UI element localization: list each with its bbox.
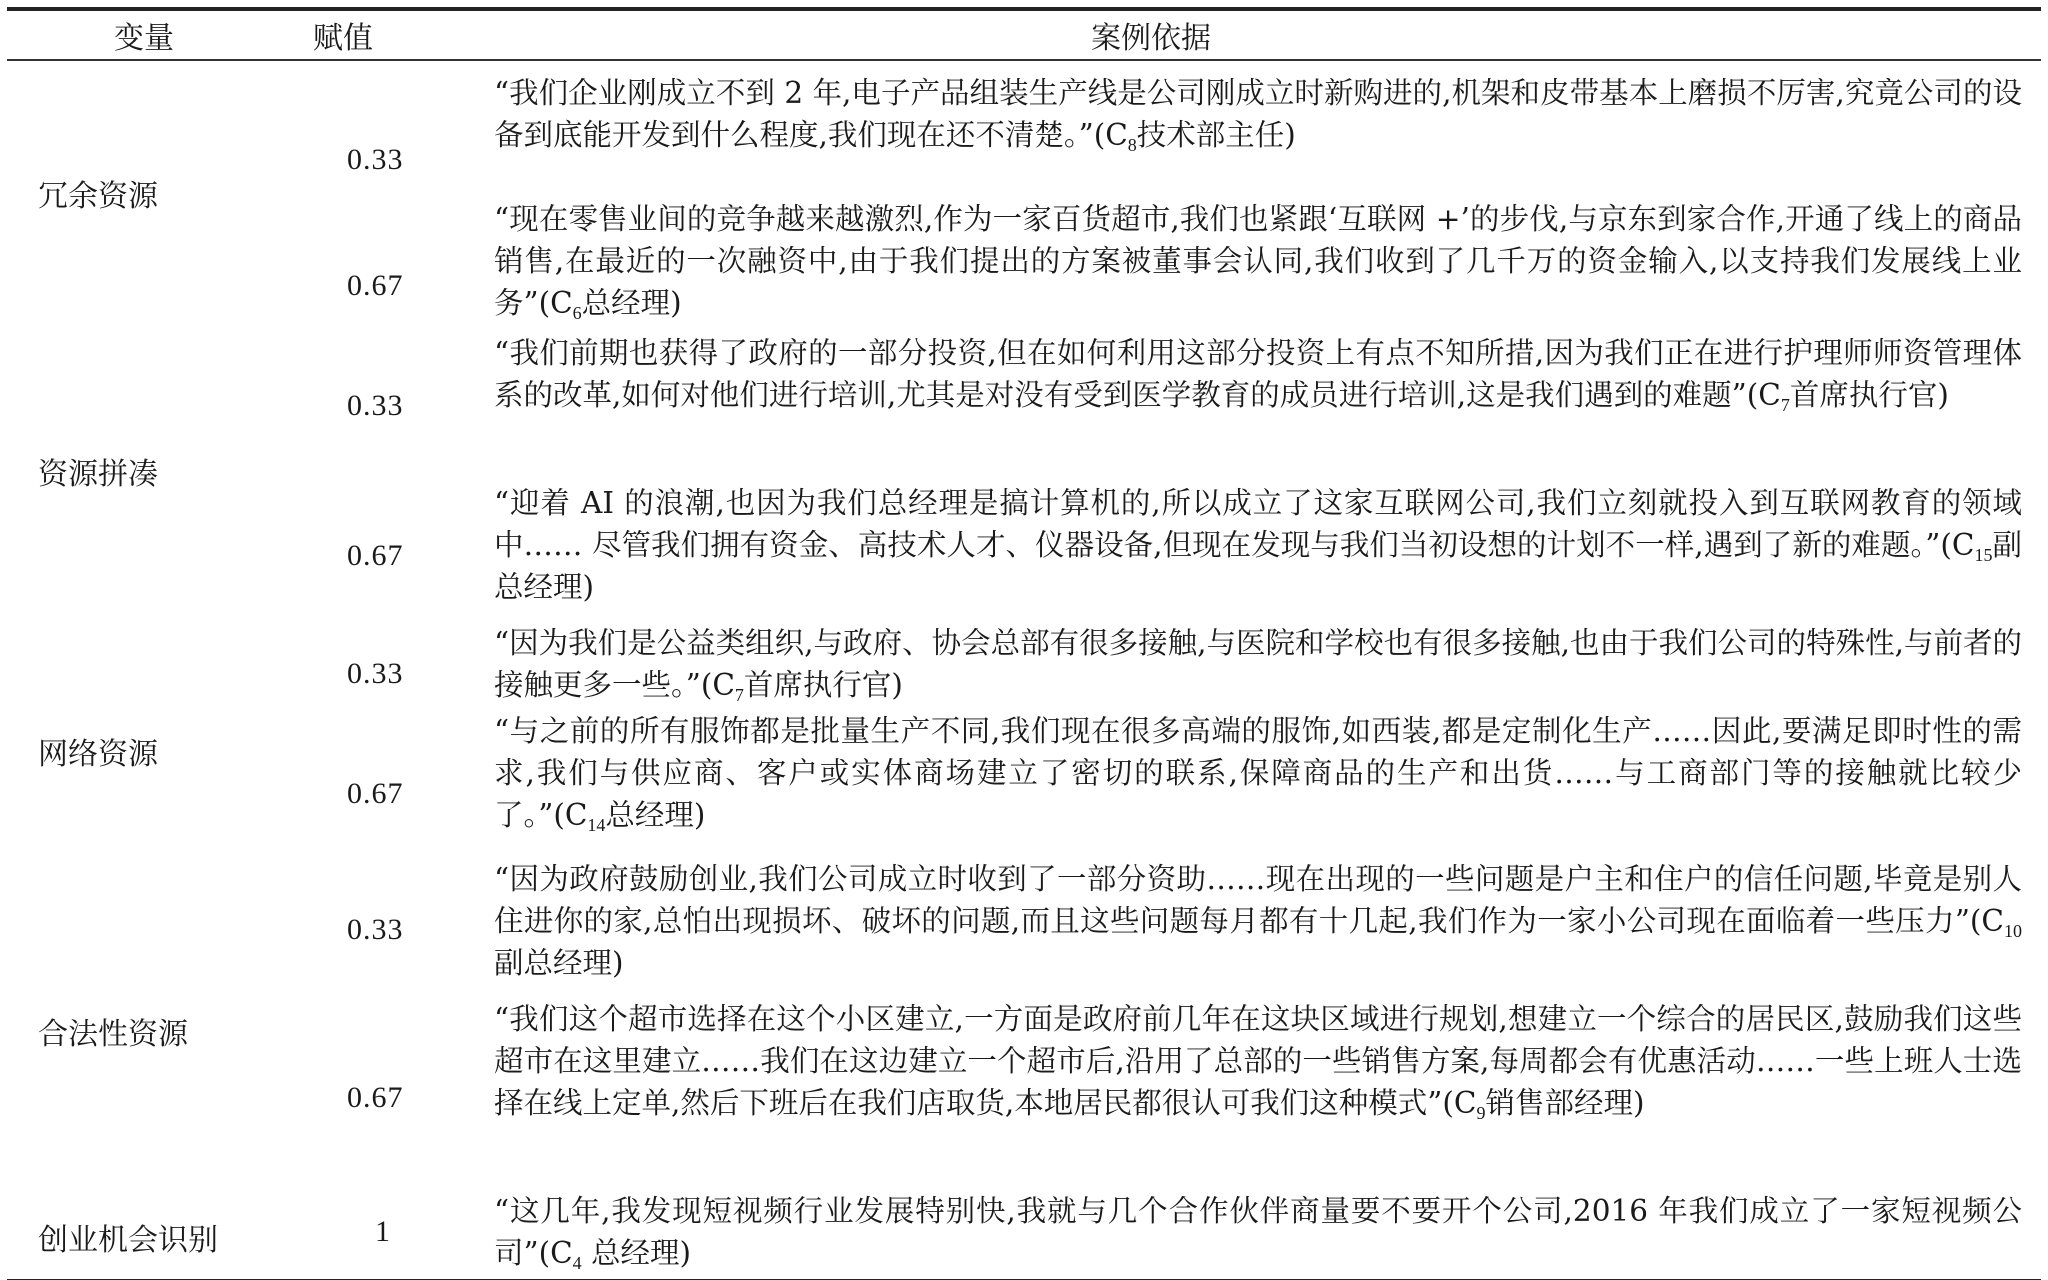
evidence-cell: “因为我们是公益类组织,与政府、协会总部有很多接触,与医院和学校也有很多接触,也… — [494, 619, 2022, 709]
evidence-quote: “因为政府鼓励创业,我们公司成立时收到了一部分资助……现在出现的一些问题是户主和… — [494, 855, 2022, 987]
evidence-cell: “现在零售业间的竞争越来越激烈,作为一家百货超市,我们也紧跟‘互联网 +’的步伐… — [494, 195, 2022, 327]
table-header-row: 变量 赋值 案例依据 — [7, 11, 2041, 59]
value-cell: 1 — [375, 1215, 391, 1249]
header-variable: 变量 — [7, 13, 281, 57]
value-cell: 0.67 — [347, 539, 404, 573]
variable-label: 创业机会识别 — [38, 1215, 218, 1259]
evidence-quote: “我们企业刚成立不到 2 年,电子产品组装生产线是公司刚成立时新购进的,机架和皮… — [494, 69, 2022, 159]
evidence-quote: “与之前的所有服饰都是批量生产不同,我们现在很多高端的服饰,如西装,都是定制化生… — [494, 707, 2022, 839]
evidence-cell: “我们企业刚成立不到 2 年,电子产品组装生产线是公司刚成立时新购进的,机架和皮… — [494, 69, 2022, 159]
table-row-group-opportunity-recognition: 创业机会识别 1 “这几年,我发现短视频行业发展特别快,我就与几个合作伙伴商量要… — [7, 1189, 2041, 1279]
variable-label: 资源拼凑 — [38, 449, 158, 493]
variable-label: 网络资源 — [38, 729, 158, 773]
table-row-group-redundant-resources: 冗余资源 0.33 “我们企业刚成立不到 2 年,电子产品组装生产线是公司刚成立… — [7, 61, 2041, 329]
value-cell: 0.67 — [347, 1081, 404, 1115]
evidence-cell: “因为政府鼓励创业,我们公司成立时收到了一部分资助……现在出现的一些问题是户主和… — [494, 855, 2022, 987]
variable-label: 合法性资源 — [38, 1009, 188, 1053]
header-value: 赋值 — [281, 13, 501, 57]
evidence-cell: “迎着 AI 的浪潮,也因为我们总经理是搞计算机的,所以成立了这家互联网公司,我… — [494, 479, 2022, 611]
evidence-cell: “这几年,我发现短视频行业发展特别快,我就与几个合作伙伴商量要不要开个公司,20… — [494, 1187, 2022, 1277]
value-cell: 0.33 — [347, 143, 404, 177]
evidence-quote: “迎着 AI 的浪潮,也因为我们总经理是搞计算机的,所以成立了这家互联网公司,我… — [494, 479, 2022, 611]
evidence-cell: “我们这个超市选择在这个小区建立,一方面是政府前几年在这块区域进行规划,想建立一… — [494, 995, 2022, 1127]
evidence-quote: “我们这个超市选择在这个小区建立,一方面是政府前几年在这块区域进行规划,想建立一… — [494, 995, 2022, 1127]
value-cell: 0.67 — [347, 269, 404, 303]
case-evidence-table: 变量 赋值 案例依据 冗余资源 0.33 “我们企业刚成立不到 2 年,电子产品… — [7, 7, 2041, 1280]
evidence-quote: “这几年,我发现短视频行业发展特别快,我就与几个合作伙伴商量要不要开个公司,20… — [494, 1187, 2022, 1277]
evidence-quote: “现在零售业间的竞争越来越激烈,作为一家百货超市,我们也紧跟‘互联网 +’的步伐… — [494, 195, 2022, 327]
evidence-quote: “我们前期也获得了政府的一部分投资,但在如何利用这部分投资上有点不知所措,因为我… — [494, 329, 2022, 419]
evidence-cell: “我们前期也获得了政府的一部分投资,但在如何利用这部分投资上有点不知所措,因为我… — [494, 329, 2022, 419]
table-row-group-resource-bricolage: 资源拼凑 0.33 “我们前期也获得了政府的一部分投资,但在如何利用这部分投资上… — [7, 329, 2041, 629]
table-row-group-legitimacy-resources: 合法性资源 0.33 “因为政府鼓励创业,我们公司成立时收到了一部分资助……现在… — [7, 869, 2041, 1189]
value-cell: 0.67 — [347, 777, 404, 811]
value-cell: 0.33 — [347, 657, 404, 691]
evidence-quote: “因为我们是公益类组织,与政府、协会总部有很多接触,与医院和学校也有很多接触,也… — [494, 619, 2022, 709]
evidence-cell: “与之前的所有服饰都是批量生产不同,我们现在很多高端的服饰,如西装,都是定制化生… — [494, 707, 2022, 839]
variable-label: 冗余资源 — [38, 171, 158, 215]
value-cell: 0.33 — [347, 913, 404, 947]
table-row-group-network-resources: 网络资源 0.33 “因为我们是公益类组织,与政府、协会总部有很多接触,与医院和… — [7, 629, 2041, 869]
value-cell: 0.33 — [347, 389, 404, 423]
header-evidence: 案例依据 — [501, 13, 2041, 57]
